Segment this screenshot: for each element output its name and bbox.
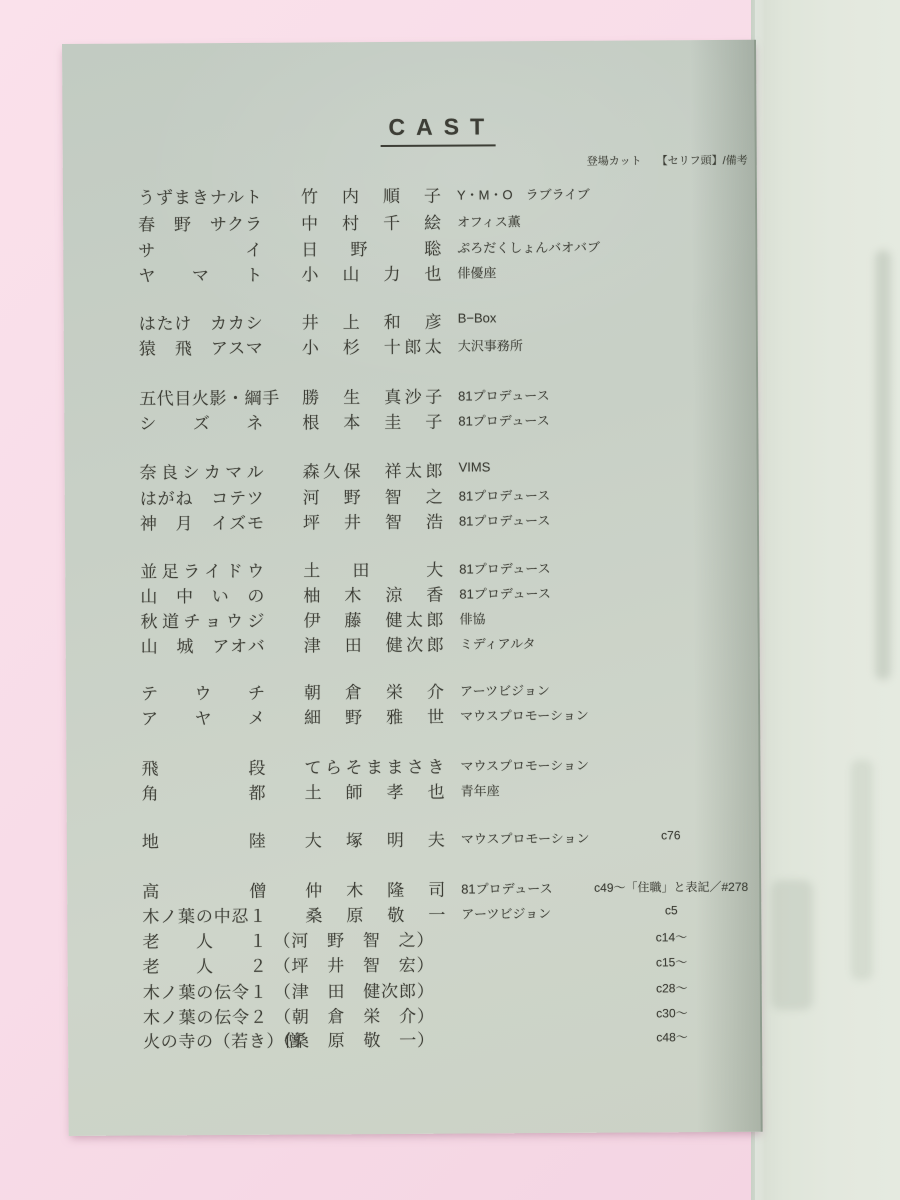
voice-actor: 森久保 祥太郎 <box>303 457 443 483</box>
agency: 青年座 <box>461 780 500 799</box>
cast-table: うずまきナルト竹 内 順 子Y・M・O ラブライブ春 野 サクラ中 村 千 絵オ… <box>62 40 754 44</box>
voice-actor: 根 本 圭 子 <box>302 408 442 434</box>
character-name: 木ノ葉の伝令２ <box>143 1003 267 1029</box>
character-name: はがね コテツ <box>140 484 264 510</box>
cast-list-page: CAST 登場カット 【セリフ頭】/備考 うずまきナルト竹 内 順 子Y・M・O… <box>62 40 763 1136</box>
column-headers: 登場カット 【セリフ頭】/備考 <box>587 152 748 169</box>
character-name: 木ノ葉の伝令１ <box>143 978 267 1004</box>
page-title-text: CAST <box>380 113 495 147</box>
character-name: はたけ カカシ <box>139 309 263 335</box>
cast-row: 木ノ葉の伝令２（朝 倉 栄 介）c30～ <box>68 1000 760 1026</box>
agency: 81プロデュース <box>459 510 551 530</box>
character-name: 並足ライドウ <box>140 557 264 583</box>
cast-row: 木ノ葉の中忍１桑 原 敬 一アーツビジョンc5 <box>67 899 759 925</box>
cast-row: はたけ カカシ井 上 和 彦B−Box <box>64 306 756 332</box>
character-name: ア ヤ メ <box>141 704 265 730</box>
cut-note: c76 <box>591 828 751 843</box>
cast-row: 山 城 アオバ津 田 健次郎ミディアルタ <box>66 629 758 655</box>
agency: 81プロデュース <box>459 485 551 505</box>
agency: アーツビジョン <box>460 680 550 700</box>
voice-actor: 伊 藤 健太郎 <box>303 606 443 632</box>
character-name: 高 僧 <box>142 877 266 903</box>
voice-actor: 朝 倉 栄 介 <box>304 678 444 704</box>
voice-actor: 大 塚 明 夫 <box>305 826 445 852</box>
bleed-through-mark <box>875 250 891 680</box>
character-name: 山 城 アオバ <box>141 632 265 658</box>
agency: ぷろだくしょんバオバブ <box>457 237 600 257</box>
cast-row: ア ヤ メ細 野 雅 世マウスプロモーション <box>66 701 758 727</box>
voice-actor: 柚 木 涼 香 <box>303 581 443 607</box>
agency: VIMS <box>459 459 491 474</box>
character-name: ヤ マ ト <box>138 261 262 287</box>
agency: マウスプロモーション <box>460 705 589 725</box>
photo-background: { "photo": { "background_pink": "#f8dce8… <box>0 0 900 1200</box>
cut-note: c48～ <box>592 1028 752 1046</box>
agency: マウスプロモーション <box>460 755 589 775</box>
cast-row: 神 月 イズモ坪 井 智 浩81プロデュース <box>65 506 757 532</box>
cast-row: 木ノ葉の伝令１（津 田 健次郎）c28～ <box>68 975 760 1001</box>
voice-actor: （津 田 健次郎） <box>274 977 434 1003</box>
character-name: 老 人 １ <box>142 927 266 953</box>
voice-actor: 土 田 大 <box>303 556 443 582</box>
agency: Y・M・O ラブライブ <box>457 184 590 204</box>
cast-row: ヤ マ ト小 山 力 也俳優座 <box>63 258 755 284</box>
agency: マウスプロモーション <box>461 828 590 848</box>
cast-row: 火の寺の（若き）僧（桑 原 敬 一）c48～ <box>68 1024 760 1050</box>
agency: 81プロデュース <box>458 410 550 430</box>
character-name: 猿 飛 アスマ <box>139 334 263 360</box>
cast-row: 春 野 サクラ中 村 千 絵オフィス薫 <box>63 207 755 233</box>
cut-note: c5 <box>591 903 751 918</box>
cast-row: シ ズ ネ根 本 圭 子81プロデュース <box>64 406 756 432</box>
character-name: 秋道チョウジ <box>140 607 264 633</box>
agency: B−Box <box>458 310 497 325</box>
voice-actor: 井 上 和 彦 <box>302 308 442 334</box>
character-name: 春 野 サクラ <box>138 210 262 236</box>
voice-actor: 竹 内 順 子 <box>301 182 441 208</box>
page-title: CAST <box>380 113 495 147</box>
agency: 81プロデュース <box>461 878 553 898</box>
voice-actor: 日 野 聡 <box>301 235 441 261</box>
voice-actor: （坪 井 智 宏） <box>274 951 434 977</box>
cast-row: 老 人 １（河 野 智 之）c14～ <box>67 924 759 950</box>
note-column-header: 【セリフ頭】/備考 <box>657 152 748 169</box>
agency: 81プロデュース <box>458 385 550 405</box>
agency: 俳協 <box>459 608 485 627</box>
voice-actor: 河 野 智 之 <box>303 483 443 509</box>
cast-row: うずまきナルト竹 内 順 子Y・M・O ラブライブ <box>63 180 755 206</box>
cut-note: c15～ <box>592 953 752 971</box>
voice-actor: 小 杉 十郎太 <box>302 333 442 359</box>
cast-row: 角 都土 師 孝 也青年座 <box>66 776 758 802</box>
voice-actor: 土 師 孝 也 <box>304 778 444 804</box>
agency: 81プロデュース <box>459 558 551 578</box>
agency: オフィス薫 <box>457 211 521 230</box>
character-name: 老 人 ２ <box>143 952 267 978</box>
cast-row: 山 中 い の柚 木 涼 香81プロデュース <box>65 579 757 605</box>
cast-row: サ イ日 野 聡ぷろだくしょんバオバブ <box>63 233 755 259</box>
voice-actor: 中 村 千 絵 <box>301 209 441 235</box>
agency: 大沢事務所 <box>458 335 523 354</box>
cast-row: 並足ライドウ土 田 大81プロデュース <box>65 554 757 580</box>
cast-row: 老 人 ２（坪 井 智 宏）c15～ <box>68 949 760 975</box>
voice-actor: 仲 木 隆 司 <box>305 876 445 902</box>
agency: 81プロデュース <box>459 583 551 603</box>
bleed-through-mark <box>771 880 813 1010</box>
bleed-through-mark <box>851 760 873 980</box>
character-name: 角 都 <box>141 779 265 805</box>
cut-note: c49～「住職」と表記／#278 <box>591 878 751 896</box>
voice-actor: 勝 生 真沙子 <box>302 383 442 409</box>
voice-actor: （朝 倉 栄 介） <box>274 1002 434 1028</box>
character-name: うずまきナルト <box>138 183 262 209</box>
character-name: 地 陸 <box>142 827 266 853</box>
agency: 俳優座 <box>457 262 496 281</box>
character-name: シ ズ ネ <box>139 409 263 435</box>
character-name: 飛 段 <box>141 754 265 780</box>
cast-row: はがね コテツ河 野 智 之81プロデュース <box>65 481 757 507</box>
cast-row: 地 陸大 塚 明 夫マウスプロモーションc76 <box>67 824 759 850</box>
character-name: 神 月 イズモ <box>140 509 264 535</box>
cut-note: c28～ <box>592 979 752 997</box>
cast-row: 猿 飛 アスマ小 杉 十郎太大沢事務所 <box>64 331 756 357</box>
character-name: 木ノ葉の中忍１ <box>142 902 266 928</box>
character-name: 五代目火影・綱手 <box>139 384 279 410</box>
character-name: サ イ <box>138 236 262 262</box>
voice-actor: 細 野 雅 世 <box>304 703 444 729</box>
voice-actor: 津 田 健次郎 <box>304 631 444 657</box>
cast-row: 飛 段てらそままさきマウスプロモーション <box>66 751 758 777</box>
cast-row: 高 僧仲 木 隆 司81プロデュースc49～「住職」と表記／#278 <box>67 874 759 900</box>
cut-note: c30～ <box>592 1004 752 1022</box>
agency: ミディアルタ <box>460 633 536 652</box>
cut-note: c14～ <box>591 928 751 946</box>
cast-row: テ ウ チ朝 倉 栄 介アーツビジョン <box>66 676 758 702</box>
agency: アーツビジョン <box>461 903 551 923</box>
voice-actor: （桑 原 敬 一） <box>274 1026 434 1052</box>
cast-row: 秋道チョウジ伊 藤 健太郎俳協 <box>65 604 757 630</box>
character-name: 奈良シカマル <box>140 458 264 484</box>
cast-row: 五代目火影・綱手勝 生 真沙子81プロデュース <box>64 381 756 407</box>
voice-actor: 小 山 力 也 <box>301 260 441 286</box>
voice-actor: てらそままさき <box>304 753 444 779</box>
cast-row: 奈良シカマル森久保 祥太郎VIMS <box>65 455 757 481</box>
next-page-edge <box>751 0 900 1200</box>
cut-column-header: 登場カット <box>587 152 642 168</box>
character-name: テ ウ チ <box>141 679 265 705</box>
voice-actor: （河 野 智 之） <box>273 926 433 952</box>
character-name: 山 中 い の <box>140 582 264 608</box>
voice-actor: 坪 井 智 浩 <box>303 508 443 534</box>
voice-actor: 桑 原 敬 一 <box>305 901 445 927</box>
